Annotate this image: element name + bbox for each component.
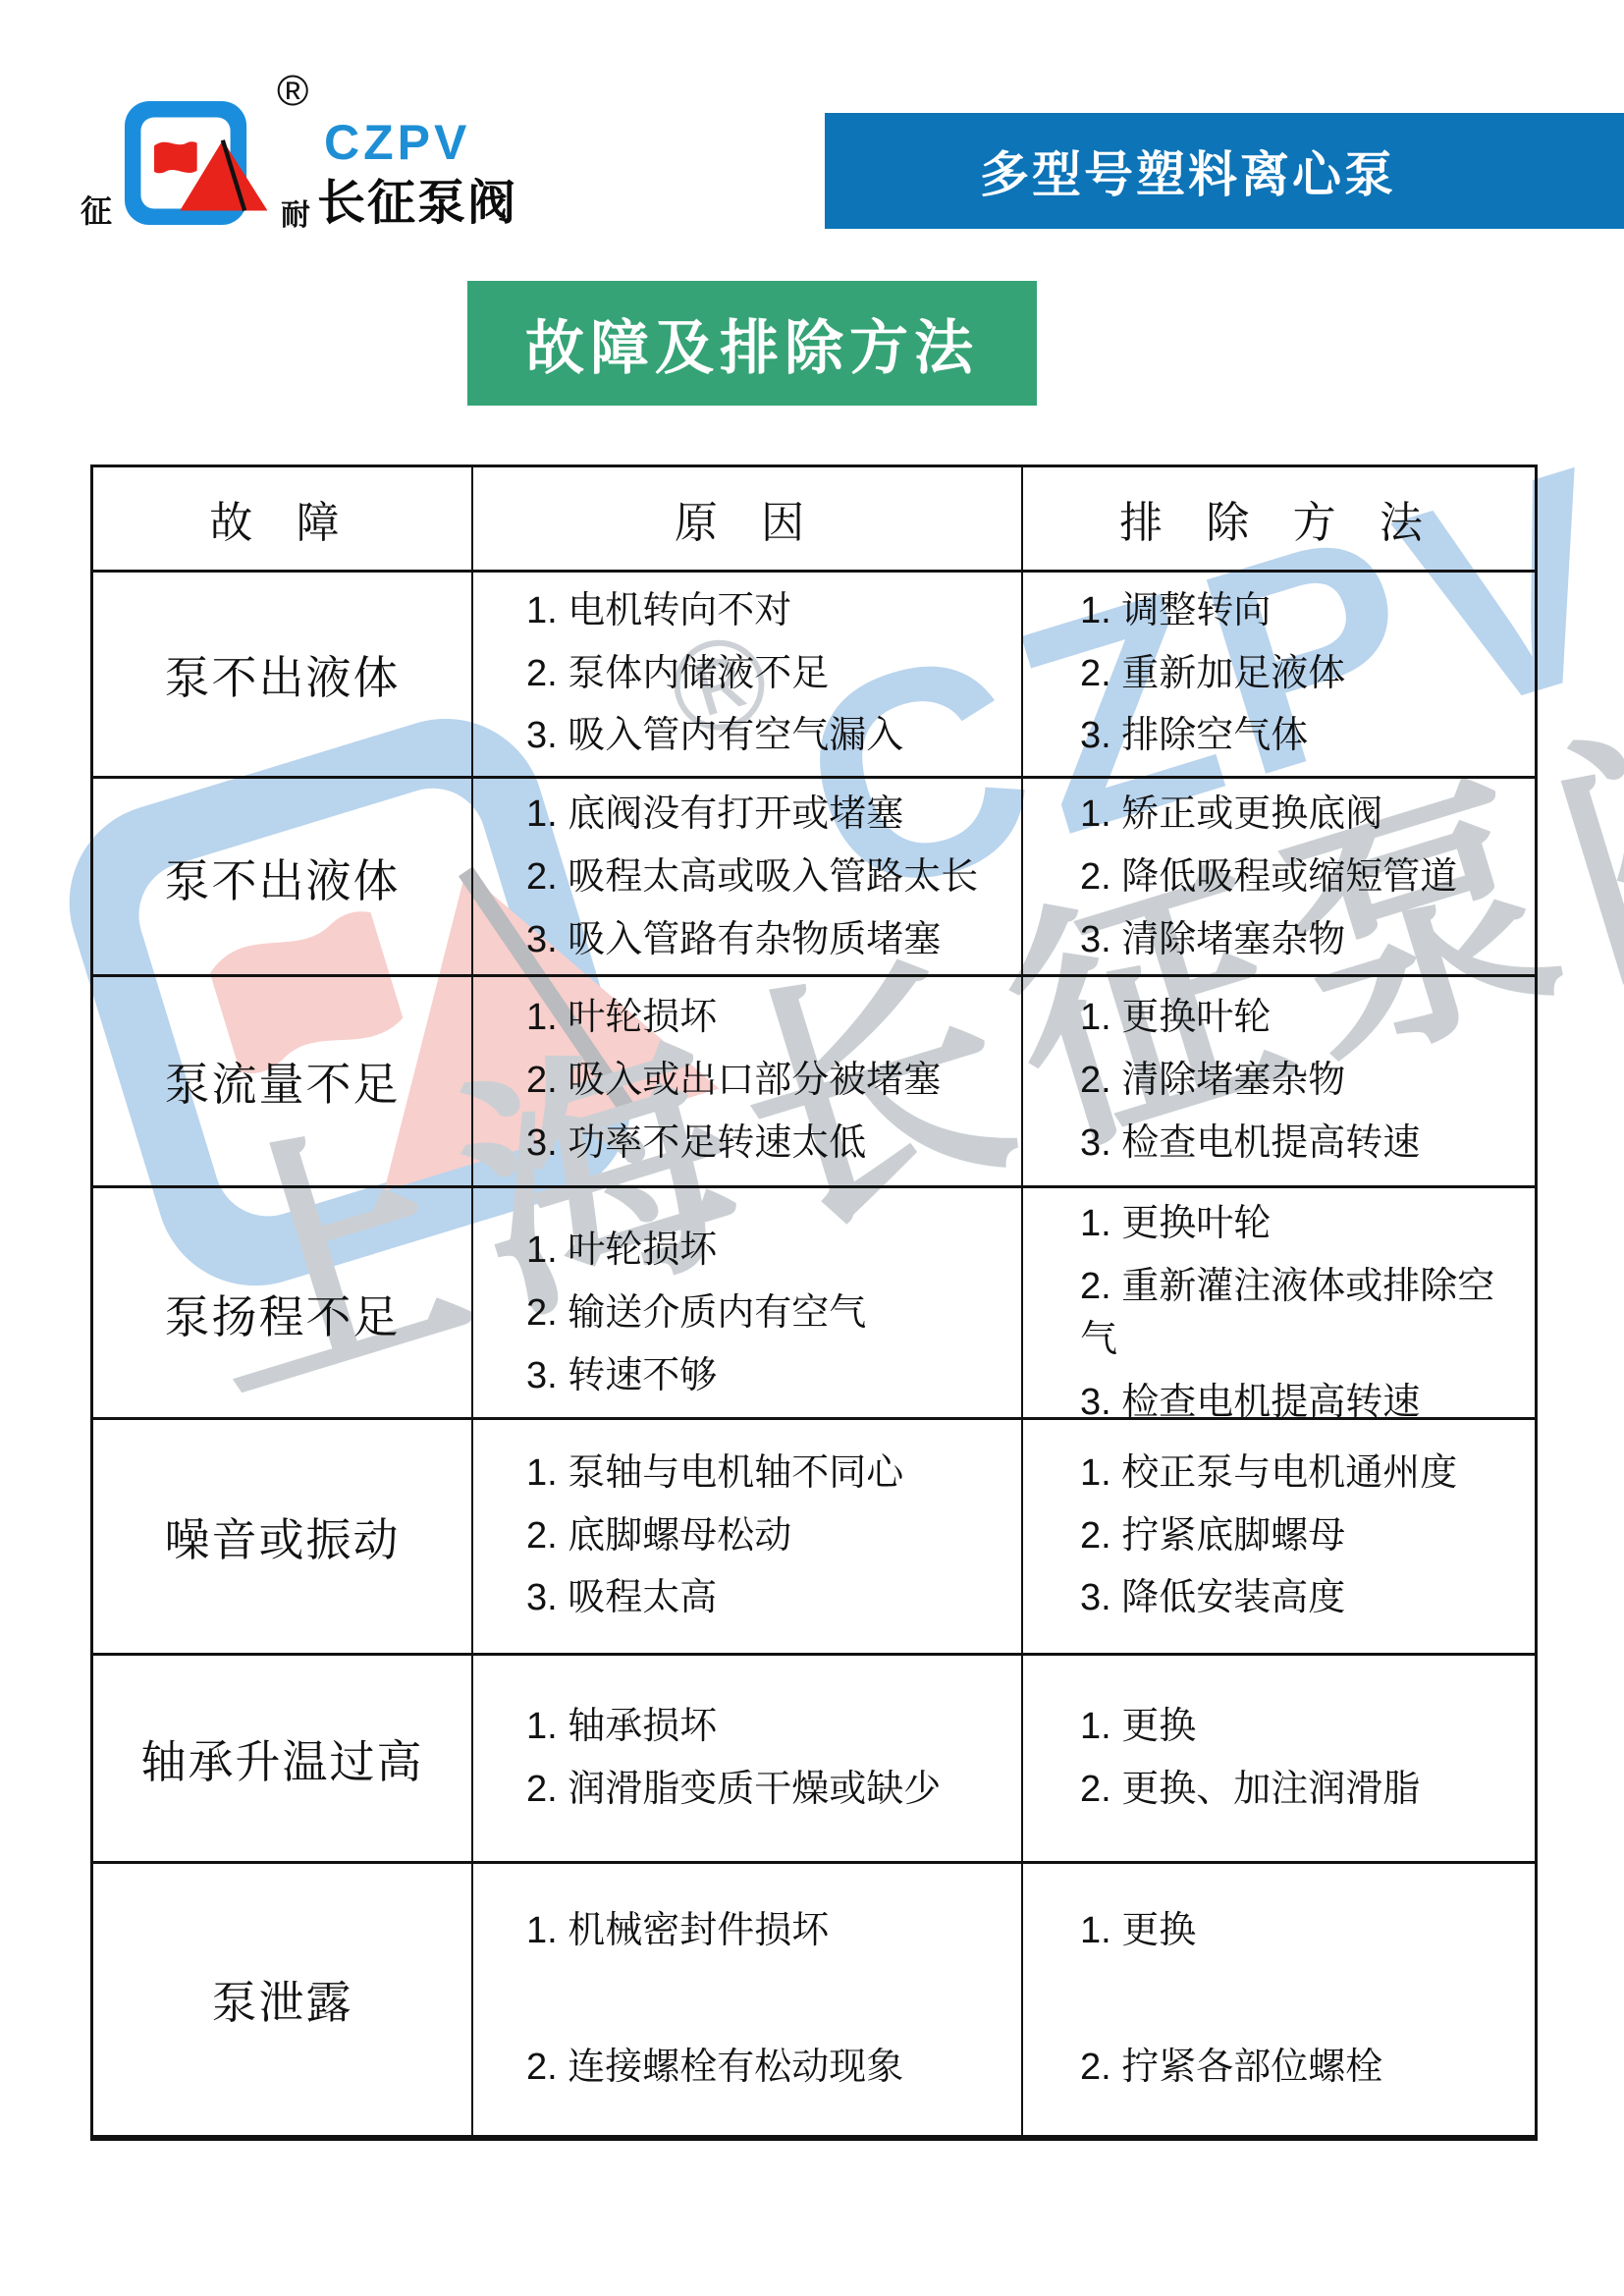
cause-item: 1. 叶轮损坏 (526, 992, 1013, 1045)
cause-list: 1. 机械密封件损坏2. 连接螺栓有松动现象 (471, 1864, 1021, 2135)
logo-right-character: 耐 (281, 191, 310, 234)
cause-item: 3. 转速不够 (526, 1350, 1013, 1403)
section-title-banner: 故障及排除方法 (467, 281, 1037, 406)
method-item: 3. 排除空气体 (1080, 710, 1527, 763)
fault-cell: 泵泄露 (93, 1864, 471, 2135)
table-header-row: 故 障 原 因 排 除 方 法 (93, 467, 1535, 570)
method-list: 1. 更换叶轮2. 重新灌注液体或排除空气3. 检查电机提高转速 (1021, 1188, 1535, 1440)
faults-table: 故 障 原 因 排 除 方 法 泵不出液体 1. 电机转向不对2. 泵体内储液不… (90, 465, 1538, 2141)
method-item: 1. 更换 (1080, 1905, 1527, 1958)
cause-list: 1. 轴承损坏2. 润滑脂变质干燥或缺少 (471, 1656, 1021, 1861)
method-item: 2. 降低吸程或缩短管道 (1080, 851, 1527, 904)
header-cell-fault: 故 障 (93, 467, 471, 570)
method-item: 2. 更换、加注润滑脂 (1080, 1764, 1527, 1817)
cause-item: 1. 轴承损坏 (526, 1701, 1013, 1754)
cause-item: 1. 底阀没有打开或堵塞 (526, 789, 1013, 842)
fault-cell: 轴承升温过高 (93, 1656, 471, 1861)
fault-cell: 泵不出液体 (93, 573, 471, 776)
logo-brand-name: 长征泵阀 (317, 165, 517, 234)
header-cell-method: 排 除 方 法 (1021, 467, 1535, 570)
method-item: 2. 重新加足液体 (1080, 648, 1527, 701)
cause-item: 2. 输送介质内有空气 (526, 1287, 1013, 1340)
logo-left-character: 征 (81, 187, 112, 232)
cause-item: 1. 泵轴与电机轴不同心 (526, 1448, 1013, 1501)
method-item: 1. 调整转向 (1080, 585, 1527, 638)
header-cell-cause: 原 因 (471, 467, 1021, 570)
method-item: 1. 更换叶轮 (1080, 992, 1527, 1045)
cause-item: 3. 功率不足转速太低 (526, 1118, 1013, 1171)
method-list: 1. 更换2. 拧紧各部位螺栓 (1021, 1864, 1535, 2135)
cause-item: 2. 吸入或出口部分被堵塞 (526, 1055, 1013, 1108)
fault-cell: 泵扬程不足 (93, 1188, 471, 1440)
method-item: 2. 清除堵塞杂物 (1080, 1055, 1527, 1108)
method-item: 2. 拧紧底脚螺母 (1080, 1510, 1527, 1563)
cause-list: 1. 泵轴与电机轴不同心2. 底脚螺母松动3. 吸程太高 (471, 1420, 1021, 1653)
cause-item: 2. 泵体内储液不足 (526, 648, 1013, 701)
method-list: 1. 调整转向2. 重新加足液体3. 排除空气体 (1021, 573, 1535, 776)
document-page: ® CZPV 上海长征泵阀 ® CZPV 长征泵阀 征 耐 多型号塑料离心泵 故… (0, 0, 1624, 2296)
cause-list: 1. 叶轮损坏2. 吸入或出口部分被堵塞3. 功率不足转速太低 (471, 977, 1021, 1185)
fault-cell: 泵流量不足 (93, 977, 471, 1185)
logo-acronym: CZPV (324, 114, 470, 171)
cause-list: 1. 电机转向不对2. 泵体内储液不足3. 吸入管内有空气漏入 (471, 573, 1021, 776)
registered-trademark-icon: ® (277, 67, 308, 116)
cause-item: 1. 机械密封件损坏 (526, 1905, 1013, 1958)
table-row: 泵泄露 1. 机械密封件损坏2. 连接螺栓有松动现象 1. 更换2. 拧紧各部位… (93, 1861, 1535, 2135)
cause-item: 3. 吸程太高 (526, 1572, 1013, 1625)
table-row: 轴承升温过高 1. 轴承损坏2. 润滑脂变质干燥或缺少 1. 更换2. 更换、加… (93, 1653, 1535, 1861)
method-list: 1. 更换2. 更换、加注润滑脂 (1021, 1656, 1535, 1861)
table-row: 噪音或振动 1. 泵轴与电机轴不同心2. 底脚螺母松动3. 吸程太高 1. 校正… (93, 1417, 1535, 1653)
cause-list: 1. 叶轮损坏2. 输送介质内有空气3. 转速不够 (471, 1188, 1021, 1440)
method-item: 1. 矫正或更换底阀 (1080, 789, 1527, 842)
cause-item: 2. 润滑脂变质干燥或缺少 (526, 1764, 1013, 1817)
czpv-logo-icon (124, 98, 281, 228)
cause-item: 3. 吸入管路有杂物质堵塞 (526, 914, 1013, 967)
method-list: 1. 更换叶轮2. 清除堵塞杂物3. 检查电机提高转速 (1021, 977, 1535, 1185)
fault-cell: 噪音或振动 (93, 1420, 471, 1653)
table-row: 泵不出液体 1. 电机转向不对2. 泵体内储液不足3. 吸入管内有空气漏入 1.… (93, 570, 1535, 776)
method-item: 3. 清除堵塞杂物 (1080, 914, 1527, 967)
table-row: 泵扬程不足 1. 叶轮损坏2. 输送介质内有空气3. 转速不够 1. 更换叶轮2… (93, 1185, 1535, 1417)
cause-item: 1. 电机转向不对 (526, 585, 1013, 638)
table-row: 泵流量不足 1. 叶轮损坏2. 吸入或出口部分被堵塞3. 功率不足转速太低 1.… (93, 974, 1535, 1185)
product-category-banner: 多型号塑料离心泵 (825, 113, 1624, 229)
product-category-label: 多型号塑料离心泵 (980, 136, 1396, 206)
method-item: 2. 拧紧各部位螺栓 (1080, 2042, 1527, 2095)
method-item: 1. 校正泵与电机通州度 (1080, 1448, 1527, 1501)
cause-item: 2. 连接螺栓有松动现象 (526, 2042, 1013, 2095)
method-item: 1. 更换 (1080, 1701, 1527, 1754)
table-row: 泵不出液体 1. 底阀没有打开或堵塞2. 吸程太高或吸入管路太长3. 吸入管路有… (93, 776, 1535, 974)
method-list: 1. 矫正或更换底阀2. 降低吸程或缩短管道3. 清除堵塞杂物 (1021, 779, 1535, 977)
cause-item: 2. 底脚螺母松动 (526, 1510, 1013, 1563)
method-item: 3. 检查电机提高转速 (1080, 1118, 1527, 1171)
cause-item: 2. 吸程太高或吸入管路太长 (526, 851, 1013, 904)
method-list: 1. 校正泵与电机通州度2. 拧紧底脚螺母3. 降低安装高度 (1021, 1420, 1535, 1653)
cause-item: 1. 叶轮损坏 (526, 1225, 1013, 1278)
cause-item: 3. 吸入管内有空气漏入 (526, 710, 1013, 763)
method-item: 1. 更换叶轮 (1080, 1198, 1527, 1251)
section-title: 故障及排除方法 (525, 301, 979, 386)
fault-cell: 泵不出液体 (93, 779, 471, 977)
cause-list: 1. 底阀没有打开或堵塞2. 吸程太高或吸入管路太长3. 吸入管路有杂物质堵塞 (471, 779, 1021, 977)
method-item: 3. 降低安装高度 (1080, 1572, 1527, 1625)
method-item: 2. 重新灌注液体或排除空气 (1080, 1261, 1527, 1367)
